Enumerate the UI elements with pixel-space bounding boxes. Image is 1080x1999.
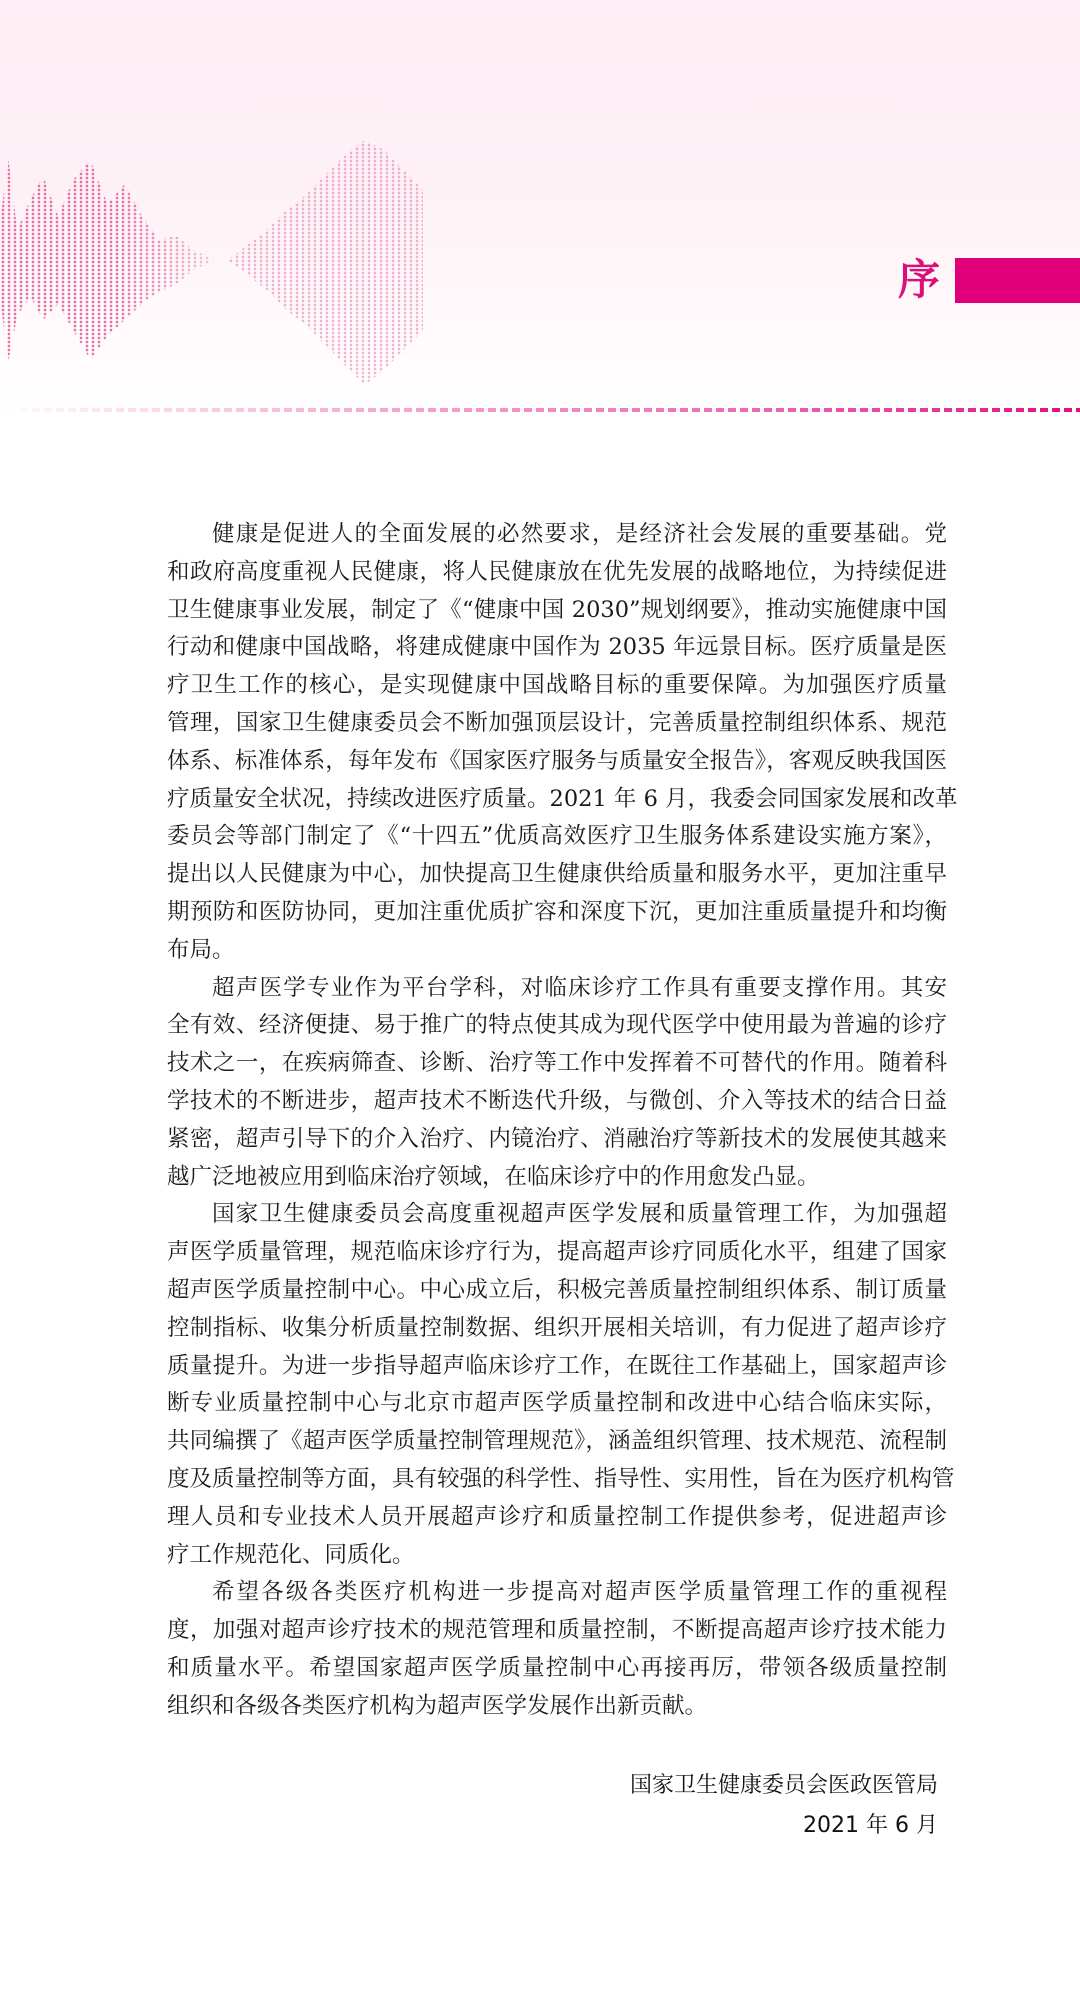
signature-date: 2021 年 6 月	[630, 1806, 938, 1846]
text-line: 理人员和专业技术人员开展超声诊疗和质量控制工作提供参考，促进超声诊	[167, 1499, 947, 1537]
text-line: 紧密，超声引导下的介入治疗、内镜治疗、消融治疗等新技术的发展使其越来	[167, 1121, 947, 1159]
preface-body: 健康是促进人的全面发展的必然要求，是经济社会发展的重要基础。党 和政府高度重视人…	[167, 516, 947, 1726]
signature-organization: 国家卫生健康委员会医政医管局	[630, 1766, 938, 1806]
chapter-accent-bar	[955, 258, 1080, 303]
text-line: 国家卫生健康委员会高度重视超声医学发展和质量管理工作，为加强超	[167, 1196, 947, 1234]
text-line: 行动和健康中国战略，将建成健康中国作为 2035 年远景目标。医疗质量是医	[167, 629, 947, 667]
text-line: 委员会等部门制定了《“十四五”优质高效医疗卫生服务体系建设实施方案》，	[167, 818, 947, 856]
text-line: 管理，国家卫生健康委员会不断加强顶层设计，完善质量控制组织体系、规范	[167, 705, 947, 743]
text-line: 控制指标、收集分析质量控制数据、组织开展相关培训，有力促进了超声诊疗	[167, 1310, 947, 1348]
text-line: 全有效、经济便捷、易于推广的特点使其成为现代医学中使用最为普遍的诊疗	[167, 1007, 947, 1045]
text-line: 提出以人民健康为中心，加快提高卫生健康供给质量和服务水平，更加注重早	[167, 856, 947, 894]
header-background	[0, 0, 1080, 420]
text-line: 组织和各级各类医疗机构为超声医学发展作出新贡献。	[167, 1688, 947, 1726]
paragraph-2: 超声医学专业作为平台学科，对临床诊疗工作具有重要支撑作用。其安 全有效、经济便捷…	[167, 970, 947, 1197]
text-line: 和质量水平。希望国家超声医学质量控制中心再接再厉，带领各级质量控制	[167, 1650, 947, 1688]
text-line: 布局。	[167, 932, 947, 970]
text-line: 超声医学专业作为平台学科，对临床诊疗工作具有重要支撑作用。其安	[167, 970, 947, 1008]
dashed-divider	[20, 408, 1080, 412]
text-line: 疗工作规范化、同质化。	[167, 1537, 947, 1575]
text-line: 声医学质量管理，规范临床诊疗行为，提高超声诊疗同质化水平，组建了国家	[167, 1234, 947, 1272]
paragraph-3: 国家卫生健康委员会高度重视超声医学发展和质量管理工作，为加强超 声医学质量管理，…	[167, 1196, 947, 1574]
text-line: 疗卫生工作的核心，是实现健康中国战略目标的重要保障。为加强医疗质量	[167, 667, 947, 705]
text-line: 体系、标准体系，每年发布《国家医疗服务与质量安全报告》，客观反映我国医	[167, 743, 947, 781]
text-line: 超声医学质量控制中心。中心成立后，积极完善质量控制组织体系、制订质量	[167, 1272, 947, 1310]
text-line: 学技术的不断进步，超声技术不断迭代升级，与微创、介入等技术的结合日益	[167, 1083, 947, 1121]
text-line: 度，加强对超声诊疗技术的规范管理和质量控制，不断提高超声诊疗技术能力	[167, 1612, 947, 1650]
text-line: 断专业质量控制中心与北京市超声医学质量控制和改进中心结合临床实际，	[167, 1385, 947, 1423]
text-line: 越广泛地被应用到临床治疗领域，在临床诊疗中的作用愈发凸显。	[167, 1159, 947, 1197]
text-line: 期预防和医防协同，更加注重优质扩容和深度下沉，更加注重质量提升和均衡	[167, 894, 947, 932]
paragraph-4: 希望各级各类医疗机构进一步提高对超声医学质量管理工作的重视程 度，加强对超声诊疗…	[167, 1574, 947, 1725]
text-line: 共同编撰了《超声医学质量控制管理规范》，涵盖组织管理、技术规范、流程制	[167, 1423, 947, 1461]
chapter-title: 序	[898, 255, 944, 305]
text-line: 希望各级各类医疗机构进一步提高对超声医学质量管理工作的重视程	[167, 1574, 947, 1612]
text-line: 卫生健康事业发展，制定了《“健康中国 2030”规划纲要》，推动实施健康中国	[167, 592, 947, 630]
text-line: 健康是促进人的全面发展的必然要求，是经济社会发展的重要基础。党	[167, 516, 947, 554]
text-line: 质量提升。为进一步指导超声临床诊疗工作，在既往工作基础上，国家超声诊	[167, 1348, 947, 1386]
text-line: 疗质量安全状况，持续改进医疗质量。2021 年 6 月，我委会同国家发展和改革	[167, 781, 947, 819]
signature-block: 国家卫生健康委员会医政医管局 2021 年 6 月	[630, 1766, 938, 1846]
text-line: 和政府高度重视人民健康，将人民健康放在优先发展的战略地位，为持续促进	[167, 554, 947, 592]
text-line: 技术之一，在疾病筛查、诊断、治疗等工作中发挥着不可替代的作用。随着科	[167, 1045, 947, 1083]
paragraph-1: 健康是促进人的全面发展的必然要求，是经济社会发展的重要基础。党 和政府高度重视人…	[167, 516, 947, 970]
text-line: 度及质量控制等方面，具有较强的科学性、指导性、实用性，旨在为医疗机构管	[167, 1461, 947, 1499]
